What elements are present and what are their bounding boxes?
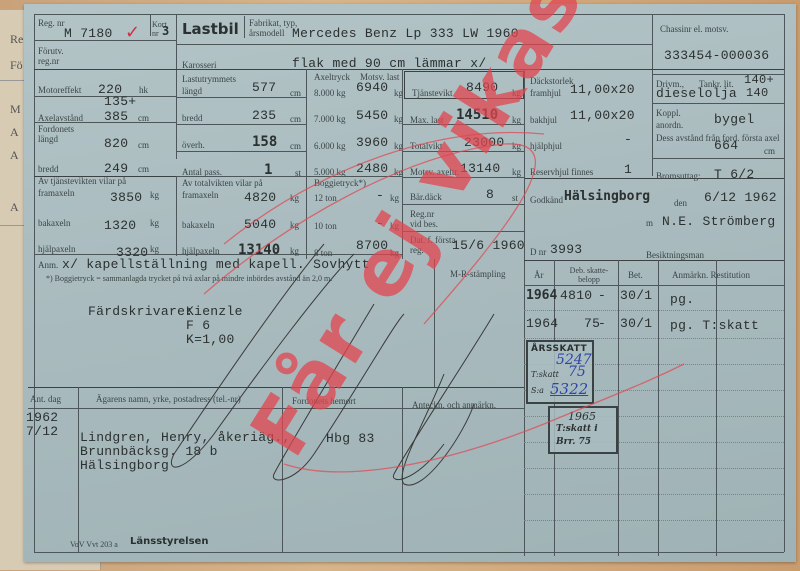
background-card-label: A bbox=[10, 125, 19, 140]
vehicle-registration-card: Reg. nr M 7180 ✓ Kort nr 3 Lastbil Fabri… bbox=[24, 4, 796, 562]
background-card-label: A bbox=[10, 148, 19, 163]
background-card-label: A bbox=[10, 200, 19, 215]
background-card-label: Re bbox=[10, 32, 23, 47]
background-card-label: Fö bbox=[10, 58, 23, 73]
background-card-label: M bbox=[10, 102, 21, 117]
